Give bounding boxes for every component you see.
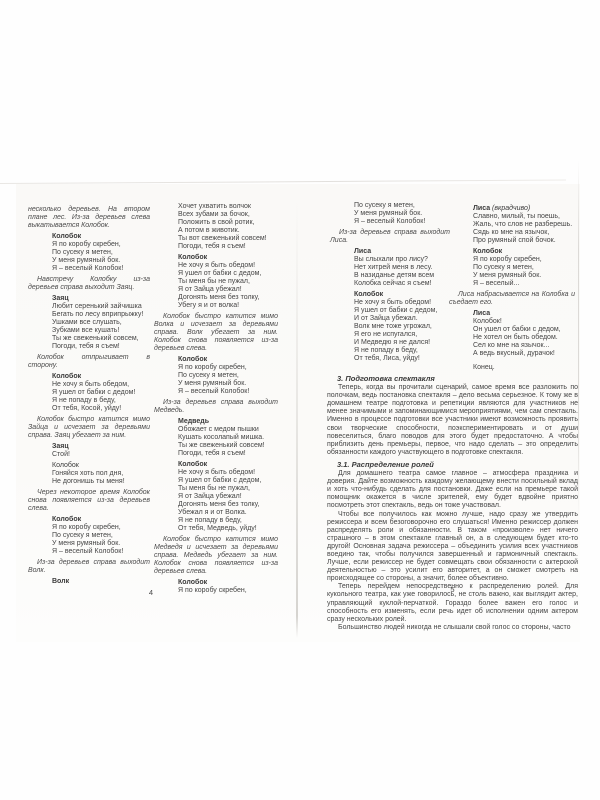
stage-direction: Колобок быстро катится мимо Волка и исче… (154, 313, 278, 353)
dialogue-line: Я – веселый... (473, 280, 575, 288)
dialogue-line: Ты меня бы не пужал, (178, 278, 278, 286)
speech-block: Не хочу я быть обедом!Я ушел от бабки с … (154, 262, 278, 310)
stage-direction: Из-за деревьев справа выходит Медведь. (154, 399, 278, 415)
dialogue-line: Нет хитрей меня в лесу. (354, 264, 450, 272)
dialogue-line: Ты же свеженький совсем, (52, 335, 150, 343)
dialogue-line: Про румяный спой бочок. (473, 237, 575, 245)
dialogue-line: Я ушел от бабки с дедом! (52, 389, 150, 397)
stage-direction: Через некоторое время Колобок снова появ… (28, 489, 150, 513)
dialogue-line: Не хочу я быть обедом! (178, 469, 278, 477)
dialogue-line: А ведь вкусный, дурачок! (473, 350, 575, 358)
dialogue-line: Я – веселый Колобок! (354, 218, 450, 226)
character-name: Лиса (354, 248, 450, 256)
dialogue-line: У меня румяный бок. (178, 380, 278, 388)
dialogue-line: По сусеку я метен, (52, 532, 150, 540)
speech-block: Хочет ухватить волчокВсех зубами за бочо… (154, 203, 278, 251)
character-name: Колобок (52, 516, 150, 524)
dialogue-line: Погоди, тебя я съем! (178, 450, 278, 458)
dialogue-line: Я не попаду в беду, (354, 347, 450, 355)
section-paragraph: Чтобы все получилось как можно лучше, на… (327, 511, 578, 584)
character-name: Колобок (473, 248, 575, 256)
section-paragraph: Для домашнего театра самое главное – атм… (327, 470, 578, 510)
dialogue-line: Погоди, тебя я съем! (178, 243, 278, 251)
dialogue-line: Колобок! (473, 318, 575, 326)
dialogue-line: Любит серенький зайчишка (52, 303, 150, 311)
page4-column-1: несколько деревьев. На втором плане лес.… (28, 203, 150, 586)
book-fold (296, 200, 298, 638)
dialogue-line: Хочет ухватить волчок (178, 203, 278, 211)
character-name: Колобок (52, 233, 150, 241)
character-name: Медведь (178, 418, 278, 426)
dialogue-line: Догонять меня без толку, (178, 294, 278, 302)
dialogue-line: Не хочу я быть обедом! (354, 299, 450, 307)
character-name: Колобок (178, 461, 278, 469)
dialogue-line: Не хочу я быть обедом! (178, 262, 278, 270)
dialogue-line: Убежал я и от Волка. (178, 509, 278, 517)
dialogue-line: Ты же свеженький совсем! (178, 442, 278, 450)
dialogue-line: Не догонишь ты меня! (52, 478, 150, 486)
dialogue-line: У меня румяный бок. (52, 540, 150, 548)
character-name: Волк (52, 578, 150, 586)
section-paragraph: Теперь, когда вы прочитали сценарий, сам… (327, 384, 578, 457)
character-name: Колобок (354, 291, 450, 299)
stage-direction: Навстречу Колобку из-за деревьев справа … (28, 276, 150, 292)
dialogue-line: Колобка сейчас я съем! (354, 280, 450, 288)
speech-block: Я по коробу скребен,По сусеку я метен,У … (28, 524, 150, 556)
dialogue-line: Кушать косолапый мишка. (178, 434, 278, 442)
character-name: Колобок (178, 356, 278, 364)
dialogue-line: Стой! (52, 451, 150, 459)
dialogue-line: Славно, милый, ты поешь, (473, 213, 575, 221)
dialogue-line: Ты меня бы не пужал, (178, 485, 278, 493)
speech-block: Я по коробу скребен,По сусеку я метен,У … (28, 241, 150, 273)
dialogue-line: Погоди, тебя я съем! (52, 343, 150, 351)
dialogue-line: Убегу я и от волка! (178, 302, 278, 310)
dialogue-line: Зубками все кушать! (52, 327, 150, 335)
dialogue-line: Бегать по лесу вприпрыжку! (52, 311, 150, 319)
stage-direction: Колобок быстро катится мимо Медведя и ис… (154, 536, 278, 576)
dialogue-line: Волк мне тоже угрожал, (354, 323, 450, 331)
dialogue-line: Всех зубами за бочок, (178, 211, 278, 219)
dialogue-line: Не хотел он быть обедом. (473, 334, 575, 342)
stage-direction: несколько деревьев. На втором плане лес.… (28, 206, 150, 230)
character-name: Лиса (473, 310, 575, 318)
dialogue-line: Я – веселый Колобок! (178, 388, 278, 396)
dialogue-line: Обожает с медом пышки (178, 426, 278, 434)
stage-direction: Колобок отпрыгивает в сторону. (28, 354, 150, 370)
dialogue-line: Он ушел от бабки с дедом, (473, 326, 575, 334)
dialogue-line: Я по коробу скребен, (52, 241, 150, 249)
speech-block: Не хочу я быть обедом,Я ушел от бабки с … (28, 381, 150, 413)
dialogue-line: Ушками все слушать, (52, 319, 150, 327)
dialogue-line: По сусеку я метен, (178, 372, 278, 380)
dialogue-line: По сусеку я метен, (354, 202, 450, 210)
speech-block: Стой! (28, 451, 150, 459)
dialogue-line: Я его не испугался, (354, 331, 450, 339)
speech-block: Не хочу я быть обедом!Я ушел от бабки с … (154, 469, 278, 533)
dialogue-line: Гоняйся хоть пол дня, (52, 470, 150, 478)
dialogue-line: По сусеку я метен, (473, 264, 575, 272)
dialogue-line: Я по коробу скребен, (473, 256, 575, 264)
dialogue-line: Я от Зайца убежал! (178, 286, 278, 294)
stage-direction: Из-за деревьев справа выходит Волк. (28, 559, 150, 575)
dialogue-line: И Медведю я не дался! (354, 339, 450, 347)
dialogue-line: Я не попаду в беду, (178, 517, 278, 525)
dialogue-line: А потом в животик. (178, 227, 278, 235)
speech-block: Вы слыхали про лису?Нет хитрей меня в ле… (330, 256, 450, 288)
character-name: Колобок (52, 462, 150, 470)
dialogue-line: Я ушел от бабки с дедом, (178, 270, 278, 278)
speech-block: По сусеку я метен,У меня румяный бок.Я –… (330, 202, 450, 226)
speech-block: Гоняйся хоть пол дня,Не догонишь ты меня… (28, 470, 150, 486)
character-name: Заяц (52, 295, 150, 303)
speech-block: Колобок!Он ушел от бабки с дедом,Не хоте… (449, 318, 575, 358)
speech-block: Любит серенький зайчишкаБегать по лесу в… (28, 303, 150, 351)
dialogue-line: Вы слыхали про лису? (354, 256, 450, 264)
character-name: Лиса (вкрадчиво) (473, 205, 575, 213)
character-name: Заяц (52, 443, 150, 451)
page-number-right: 5 (327, 585, 578, 594)
stage-direction: Лиса набрасывается на Колобка и съедает … (449, 291, 575, 307)
dialogue-line: По сусеку я метен, (52, 249, 150, 257)
dialogue-line: Я ушел от бабки с дедом, (354, 307, 450, 315)
stage-direction: Из-за деревьев справа выходит Лиса. (330, 229, 450, 245)
stage-direction: Колобок быстро катится мимо Зайца и исче… (28, 416, 150, 440)
dialogue-line: Не хочу я быть обедом, (52, 381, 150, 389)
character-name: Колобок (178, 579, 278, 587)
section-heading: 3.1. Распределение ролей (337, 461, 578, 469)
dialogue-line: Жаль, что слов не разберешь. (473, 221, 575, 229)
dialogue-line: Ты вот свеженький совсем! (178, 235, 278, 243)
character-name: Колобок (178, 254, 278, 262)
speech-block: Я по коробу скребен,По сусеку я метен,У … (154, 364, 278, 396)
speech-block: Обожает с медом пышкиКушать косолапый ми… (154, 426, 278, 458)
dialogue-line: Я по коробу скребен, (178, 364, 278, 372)
dialogue-line: От тебя, Косой, уйду! (52, 405, 150, 413)
character-name: Колобок (52, 373, 150, 381)
speech-block: Я по коробу скребен,По сусеку я метен,У … (449, 256, 575, 288)
speech-block: Славно, милый, ты поешь,Жаль, что слов н… (449, 213, 575, 245)
delivery-note: (вкрадчиво) (490, 205, 530, 212)
page5-column-2: Лиса (вкрадчиво)Славно, милый, ты поешь,… (449, 202, 575, 372)
dialogue-line: В назиданье детям всем (354, 272, 450, 280)
book-photo: несколько деревьев. На втором плане лес.… (0, 0, 600, 800)
section-paragraph: Большинство людей никогда не слышали сво… (327, 624, 578, 632)
page-number-left: 4 (28, 588, 274, 597)
page-right-edge (578, 160, 579, 520)
dialogue-line: У меня румяный бок. (354, 210, 450, 218)
dialogue-line: От тебя, Медведь, уйду! (178, 525, 278, 533)
dialogue-line: Я не попаду в беду, (52, 397, 150, 405)
dialogue-line: Я – веселый Колобок! (52, 265, 150, 273)
speech-block: Не хочу я быть обедом!Я ушел от бабки с … (330, 299, 450, 363)
dialogue-line: Я – веселый Колобок! (52, 548, 150, 556)
dialogue-line: Сел ко мне на язычок... (473, 342, 575, 350)
dialogue-line: У меня румяный бок. (52, 257, 150, 265)
dialogue-line: Я по коробу скребен, (52, 524, 150, 532)
page5-column-1: По сусеку я метен,У меня румяный бок.Я –… (330, 202, 450, 366)
section-heading: 3. Подготовка спектакля (337, 375, 578, 383)
dialogue-line: Сядь ко мне на язычок, (473, 229, 575, 237)
dialogue-line: И от Зайца убежал. (354, 315, 450, 323)
dialogue-line: От тебя, Лиса, уйду! (354, 355, 450, 363)
dialogue-line: Положить в свой ротик, (178, 219, 278, 227)
dialogue-line: Я от Зайца убежал! (178, 493, 278, 501)
dialogue-line: Я ушел от бабки с дедом, (178, 477, 278, 485)
dialogue-line: Догонять меня без толку, (178, 501, 278, 509)
page4-column-2: Хочет ухватить волчокВсех зубами за бочо… (154, 203, 278, 598)
dialogue-line: У меня румяный бок. (473, 272, 575, 280)
